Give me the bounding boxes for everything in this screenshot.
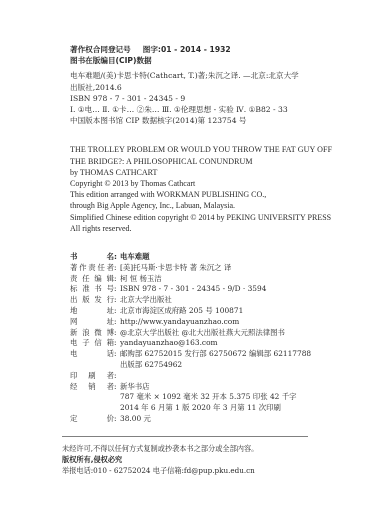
original-title-line2: THE BRIDGE?: A PHILOSOPHICAL CONUNDRUM	[70, 156, 370, 167]
divider	[62, 436, 308, 437]
colophon-value: @北京大学出版社 @北大出版社燕大元照法律图书	[120, 328, 370, 339]
colophon-value: 新华书店	[120, 382, 370, 393]
colophon-row-website: 网址:http://www.yandayuanzhao.com	[70, 317, 370, 328]
report-contact: 举报电话:010 - 62752024 电子信箱:fd@pup.pku.edu.…	[62, 465, 362, 476]
colophon-label: 电话	[70, 349, 114, 360]
colophon-value: 北京市海淀区成府路 205 号 100871	[120, 306, 370, 317]
colophon-label: 著作责任者	[70, 263, 114, 274]
colophon-label: 责任编辑	[70, 274, 114, 285]
cip-heading: 图书在版编目(CIP)数据	[70, 55, 370, 66]
registration-label: 著作权合同登记号	[70, 45, 131, 54]
cip-entry-line2: 出版社,2014.6	[70, 82, 370, 93]
footer: 未经许可,不得以任何方式复制或抄袭本书之部分或全部内容。 版权所有,侵权必究 举…	[62, 443, 362, 476]
colophon: 书名:电车难题 著作责任者:[美]托马斯·卡思卡特 著 朱沉之 译 责任编辑:柯…	[70, 252, 370, 425]
colophon-row-distributor: 经销者:新华书店	[70, 382, 370, 393]
colophon-value: 出版部 62754962	[70, 360, 370, 371]
colophon-value: 38.00 元	[120, 414, 370, 425]
colophon-value: [美]托马斯·卡思卡特 著 朱沉之 译	[120, 263, 370, 274]
email-link[interactable]: yandayuanzhao@163.com	[120, 338, 370, 349]
colophon-value: 2014 年 6 月第 1 版 2020 年 3 月第 11 次印刷	[70, 403, 370, 414]
colophon-row-editor: 责任编辑:柯 恒 杨玉洁	[70, 274, 370, 285]
copyright-page: 著作权合同登记号图字:01 - 2014 - 1932 图书在版编目(CIP)数…	[70, 44, 370, 425]
rights-reserved: All rights reserved.	[70, 223, 370, 234]
colophon-value: 电车难题	[120, 252, 370, 263]
registration-line: 著作权合同登记号图字:01 - 2014 - 1932	[70, 44, 370, 55]
colophon-label: 出版发行	[70, 295, 114, 306]
colophon-label: 书名	[70, 252, 114, 263]
colophon-row-weibo: 新浪微博:@北京大学出版社 @北大出版社燕大元照法律图书	[70, 328, 370, 339]
colophon-value: 柯 恒 杨玉洁	[120, 274, 370, 285]
agency-line: through Big Apple Agency, Inc., Labuan, …	[70, 200, 370, 211]
colophon-label: 印刷者	[70, 371, 114, 382]
colophon-row-edition: 2014 年 6 月第 1 版 2020 年 3 月第 11 次印刷	[70, 403, 370, 414]
colophon-label: 定价	[70, 414, 114, 425]
arrangement-line: This edition arranged with WORKMAN PUBLI…	[70, 189, 370, 200]
rights-notice: 版权所有,侵权必究	[62, 454, 362, 465]
cip-isbn: ISBN 978 - 7 - 301 - 24345 - 9	[70, 93, 370, 104]
website-link[interactable]: http://www.yandayuanzhao.com	[120, 317, 370, 328]
colophon-row-author: 著作责任者:[美]托马斯·卡思卡特 著 朱沉之 译	[70, 263, 370, 274]
colophon-label: 新浪微博	[70, 328, 114, 339]
colophon-value: 邮购部 62752015 发行部 62750672 编辑部 62117788	[120, 349, 370, 360]
original-title-line1: THE TROLLEY PROBLEM OR WOULD YOU THROW T…	[70, 144, 370, 155]
copy-notice: 未经许可,不得以任何方式复制或抄袭本书之部分或全部内容。	[62, 443, 362, 454]
cip-entry-line1: 电车难题/(美)卡思卡特(Cathcart, T.)著;朱沉之译. —北京:北京…	[70, 70, 370, 81]
simplified-copyright: Simplified Chinese edition copyright © 2…	[70, 212, 370, 223]
colophon-label: 经销者	[70, 382, 114, 393]
colophon-label: 地址	[70, 306, 114, 317]
cip-number: 中国版本图书馆 CIP 数据核字(2014)第 123754 号	[70, 115, 370, 126]
original-author: by THOMAS CATHCART	[70, 167, 370, 178]
colophon-label: 电子信箱	[70, 338, 114, 349]
colophon-row-address: 地址:北京市海淀区成府路 205 号 100871	[70, 306, 370, 317]
colophon-row-publisher: 出版发行:北京大学出版社	[70, 295, 370, 306]
colophon-value	[120, 371, 370, 382]
colophon-row-price: 定价:38.00 元	[70, 414, 370, 425]
colophon-value: 787 毫米 × 1092 毫米 32 开本 5.375 印张 42 千字	[70, 392, 370, 403]
colophon-value: ISBN 978 - 7 - 301 - 24345 - 9/D · 3594	[120, 284, 370, 295]
colophon-row-isbn: 标准书号:ISBN 978 - 7 - 301 - 24345 - 9/D · …	[70, 284, 370, 295]
colophon-label: 标准书号	[70, 284, 114, 295]
original-copyright: Copyright © 2013 by Thomas Cathcart	[70, 178, 370, 189]
colophon-value: 北京大学出版社	[120, 295, 370, 306]
colophon-label: 网址	[70, 317, 114, 328]
cip-subjects: Ⅰ. ①电… Ⅱ. ①卡… ②朱… Ⅲ. ①伦理思想 - 实验 Ⅳ. ①B82 …	[70, 104, 370, 115]
colophon-row-email: 电子信箱:yandayuanzhao@163.com	[70, 338, 370, 349]
registration-value: 图字:01 - 2014 - 1932	[143, 45, 231, 54]
colophon-row-phone: 电话:邮购部 62752015 发行部 62750672 编辑部 6211778…	[70, 349, 370, 360]
colophon-row-title: 书名:电车难题	[70, 252, 370, 263]
colophon-row-printer: 印刷者:	[70, 371, 370, 382]
colophon-row-format: 787 毫米 × 1092 毫米 32 开本 5.375 印张 42 千字	[70, 392, 370, 403]
colophon-row-phone-cont: 出版部 62754962	[70, 360, 370, 371]
